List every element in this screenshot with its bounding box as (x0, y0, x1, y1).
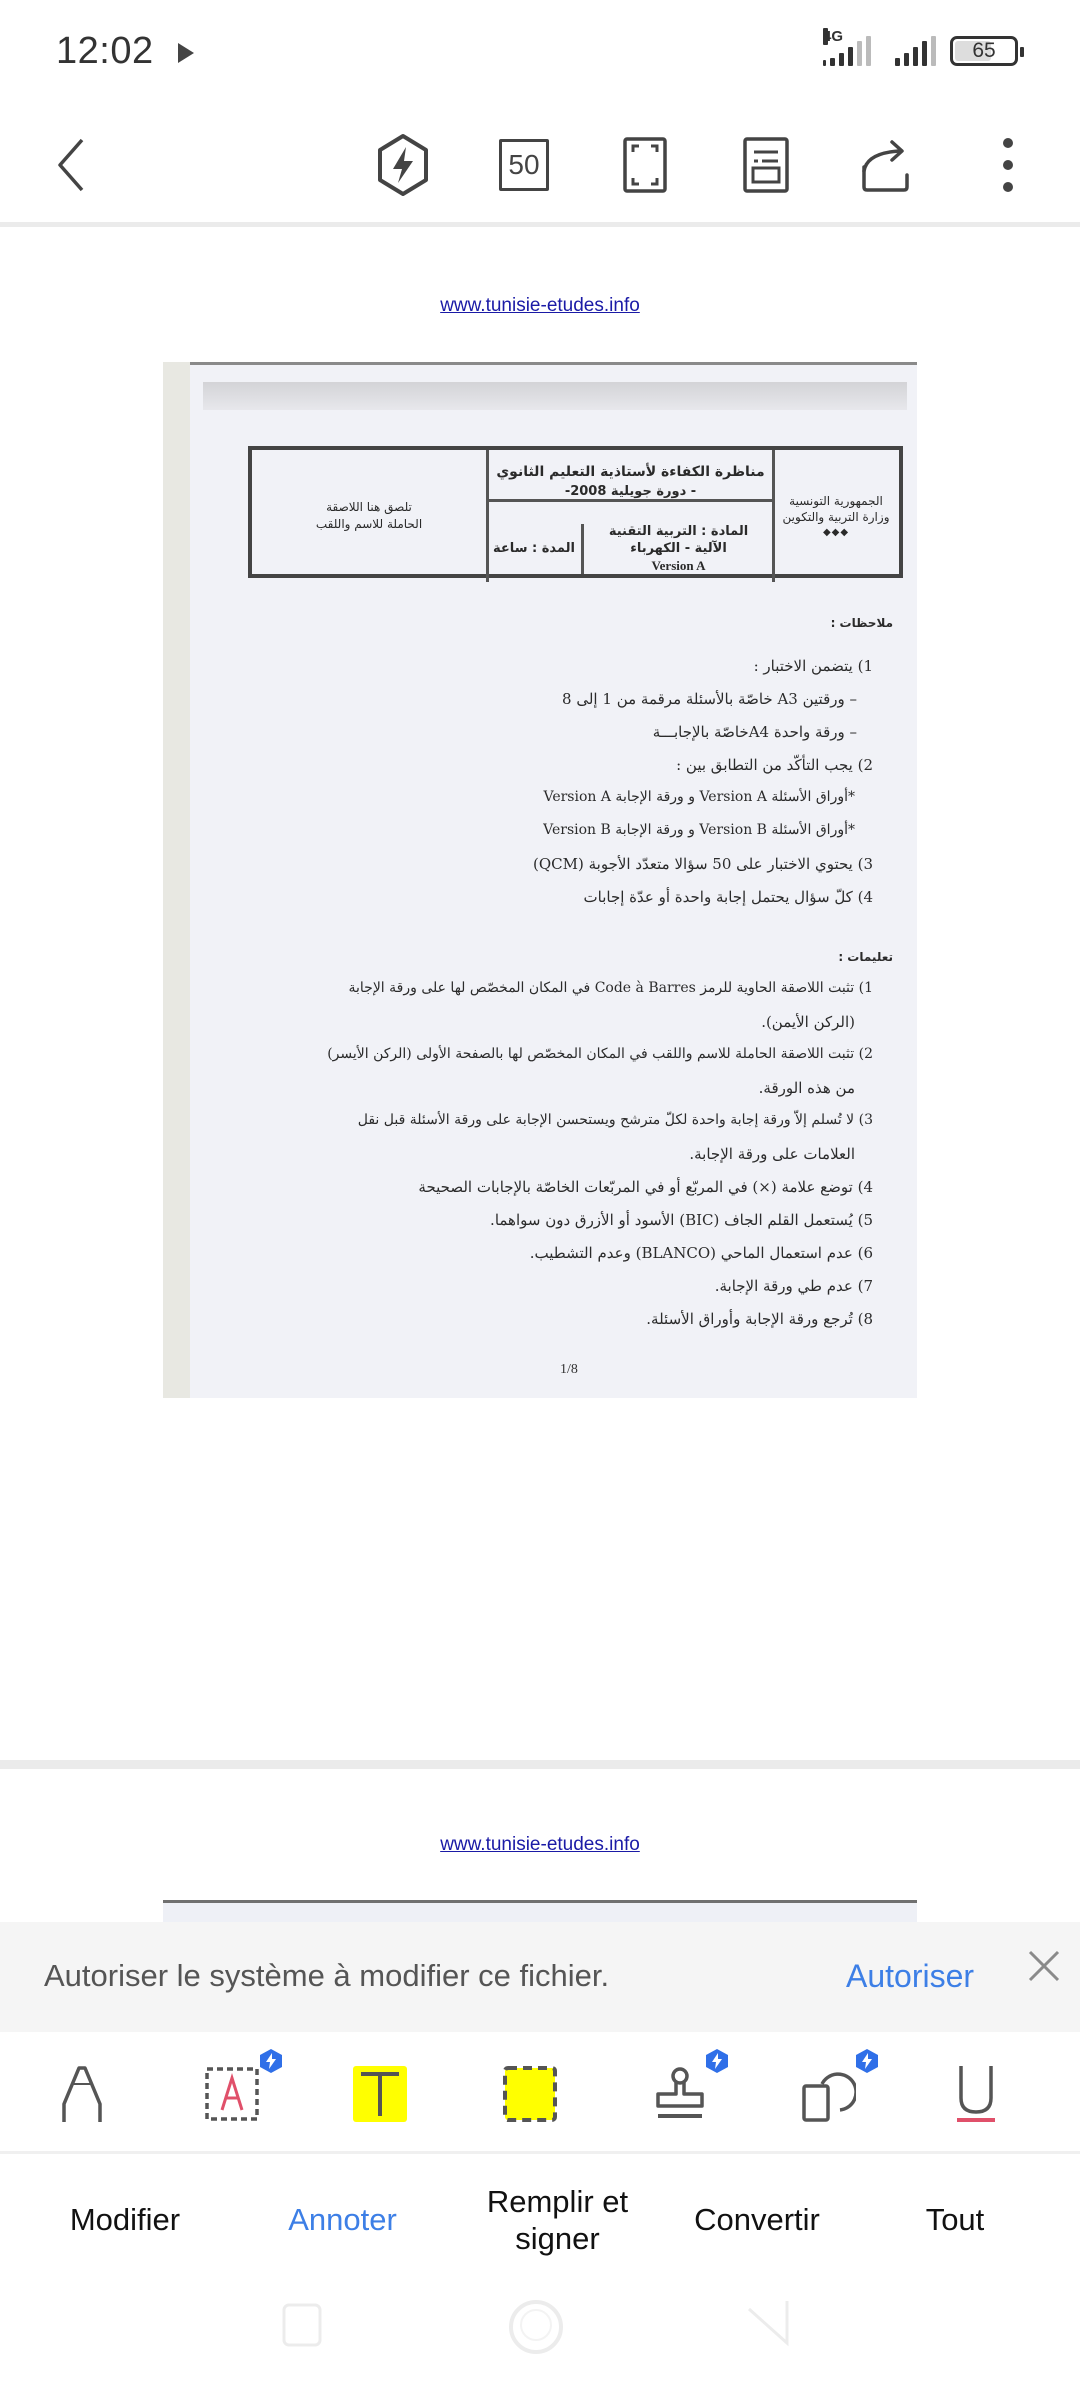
note-line: 4) كلّ سؤال يحتمل إجابة واحدة أو عدّة إج… (584, 888, 873, 906)
page-number: 1/8 (560, 1362, 578, 1378)
premium-badge-icon (855, 2048, 879, 2074)
reading-mode-icon (743, 137, 789, 193)
sticker-line-2: الحاملة للاسم واللقب (316, 516, 422, 533)
exam-header-table: تلصق هنا اللاصقة الحاملة للاسم واللقب من… (248, 446, 903, 578)
back-nav-icon (745, 2299, 795, 2349)
instruction-line: 3) لا تُسلم إلاّ ورقة إجابة واحدة لكلّ م… (358, 1112, 873, 1128)
scanned-page-1: تلصق هنا اللاصقة الحاملة للاسم واللقب من… (163, 362, 917, 1398)
signal-strength-icon (895, 36, 936, 66)
instruction-line: 8) تُرجع ورقة الإجابة وأوراق الأسئلة. (646, 1310, 873, 1328)
fit-page-icon (623, 137, 667, 193)
pen-icon (57, 2064, 107, 2124)
top-toolbar: 50 (0, 105, 1080, 227)
pen-tool[interactable] (37, 2054, 127, 2134)
home-icon (506, 2297, 566, 2357)
stamp-icon (653, 2066, 707, 2122)
exam-title: مناظرة الكفاءة لأستاذية التعليم الثانوي (496, 464, 764, 480)
tab-modifier[interactable]: Modifier (40, 2155, 210, 2285)
scan-shadow (203, 382, 907, 410)
recent-apps-icon (280, 2303, 324, 2349)
instruction-line: 2) تثبت اللاصقة الحاملة للاسم واللقب في … (327, 1046, 873, 1062)
status-time: 12:02 (56, 30, 154, 73)
permission-message: Autoriser le système à modifier ce fichi… (44, 1958, 609, 1994)
document-viewer[interactable]: www.tunisie-etudes.info تلصق هنا اللاصقة… (0, 227, 1080, 1922)
stamp-tool[interactable] (635, 2054, 725, 2134)
zoom-level-button[interactable]: 50 (484, 125, 564, 205)
back-nav-button[interactable] (745, 2299, 795, 2354)
area-highlight-tool[interactable] (485, 2054, 575, 2134)
underline-tool[interactable] (931, 2054, 1021, 2134)
zoom-level-icon: 50 (499, 139, 549, 191)
header-title-cell: مناظرة الكفاءة لأستاذية التعليم الثانوي … (486, 450, 772, 582)
system-navigation-bar (0, 2285, 1080, 2400)
note-line: – ورقتين A3 خاصّة بالأسئلة مرقمة من 1 إل… (562, 690, 857, 708)
scan-top-line (190, 362, 917, 365)
battery-level: 65 (972, 39, 995, 63)
authorize-button[interactable]: Autoriser (846, 1958, 974, 1995)
note-line: *أوراق الأسئلة Version B و ورقة الإجابة … (543, 822, 855, 838)
shapes-tool[interactable] (783, 2054, 873, 2134)
scan-edge (163, 362, 190, 1398)
speed-boost-button[interactable] (363, 125, 443, 205)
page-header-link[interactable]: www.tunisie-etudes.info (0, 1834, 1080, 1856)
text-box-icon (204, 2066, 260, 2122)
notes-heading: ملاحظات : (831, 616, 893, 630)
instruction-line: (الركن الأيمن). (761, 1013, 855, 1031)
instruction-line: العلامات على ورقة الإجابة. (689, 1145, 855, 1163)
instruction-line: 1) تثبت اللاصقة الحاوية للرمز Code à Bar… (349, 980, 874, 996)
republic-label: الجمهورية التونسية (789, 494, 883, 510)
exam-duration: المدة : ساعة (493, 541, 575, 558)
battery-icon: 65 (950, 36, 1018, 66)
page-separator (0, 1760, 1080, 1769)
highlight-text-icon (353, 2066, 407, 2122)
tab-convertir[interactable]: Convertir (672, 2155, 842, 2285)
play-store-notification-icon (178, 43, 194, 63)
reading-mode-button[interactable] (726, 125, 806, 205)
note-line: – ورقة واحدة A4خاصّة بالإجابـــة (653, 723, 857, 741)
annotation-toolbar (0, 2032, 1080, 2154)
scanned-page-2 (163, 1900, 917, 1922)
more-options-button[interactable] (968, 125, 1048, 205)
instruction-line: 7) عدم طي ورقة الإجابة. (715, 1277, 873, 1295)
highlight-text-tool[interactable] (335, 2054, 425, 2134)
fit-page-button[interactable] (605, 125, 685, 205)
note-line: 1) يتضمن الاختبار : (754, 657, 873, 675)
instruction-line: من هذه الورقة. (759, 1079, 855, 1097)
note-line: 3) يحتوي الاختبار على 50 سؤالا متعدّد ال… (533, 855, 873, 873)
exam-subject-1: المادة : التربية التقنية (609, 524, 748, 541)
network-type-label: 4G (823, 28, 828, 45)
more-options-icon (998, 135, 1018, 195)
exam-version: Version A (651, 558, 705, 574)
header-sticker-cell: تلصق هنا اللاصقة الحاملة للاسم واللقب (252, 450, 486, 582)
ministry-label: وزارة التربية والتكوين (783, 510, 890, 526)
recent-apps-button[interactable] (280, 2303, 324, 2354)
status-indicators: 4G 65 (823, 36, 1018, 66)
page-header-link[interactable]: www.tunisie-etudes.info (0, 295, 1080, 317)
sticker-line-1: تلصق هنا اللاصقة (326, 499, 412, 516)
premium-badge-icon (705, 2048, 729, 2074)
ornament: ◆◆◆ (823, 527, 849, 538)
note-line: 2) يجب التأكّد من التطابق بين : (676, 756, 873, 774)
back-button[interactable] (32, 125, 112, 205)
signal-4g-icon: 4G (823, 36, 881, 66)
header-ministry-cell: الجمهورية التونسية وزارة التربية والتكوي… (772, 450, 897, 582)
instructions-heading: تعليمات : (838, 950, 893, 964)
back-icon (52, 135, 92, 195)
tab-tout[interactable]: Tout (880, 2155, 1030, 2285)
close-icon (1024, 1946, 1064, 1986)
text-box-tool[interactable] (187, 2054, 277, 2134)
home-button[interactable] (506, 2297, 566, 2362)
premium-badge-icon (259, 2048, 283, 2074)
zoom-level-value: 50 (508, 149, 539, 181)
bottom-tab-bar: Modifier Annoter Remplir et signer Conve… (0, 2155, 1080, 2285)
instruction-line: 4) توضع علامة (×) في المربّع أو في المرب… (418, 1178, 873, 1196)
instruction-line: 5) يُستعمل القلم الجاف (BIC) الأسود أو ا… (490, 1211, 873, 1229)
share-button[interactable] (847, 125, 927, 205)
status-bar: 12:02 4G 65 (0, 0, 1080, 105)
tab-remplir-et-signer[interactable]: Remplir et signer (465, 2155, 650, 2285)
shapes-icon (800, 2066, 856, 2122)
tab-annoter[interactable]: Annoter (255, 2155, 430, 2285)
exam-subject-2: الآلية - الكهرباء (630, 541, 727, 558)
close-banner-button[interactable] (1024, 1946, 1064, 1986)
exam-session: - دورة جويلية 2008- (565, 484, 696, 499)
note-line: *أوراق الأسئلة Version A و ورقة الإجابة … (544, 789, 856, 805)
underline-icon (951, 2064, 1001, 2124)
permission-banner: Autoriser le système à modifier ce fichi… (0, 1922, 1080, 2032)
area-highlight-icon (503, 2066, 557, 2122)
speed-boost-icon (375, 133, 431, 197)
share-icon (859, 137, 915, 193)
instruction-line: 6) عدم استعمال الماحي (BLANCO) وعدم التش… (530, 1244, 873, 1262)
